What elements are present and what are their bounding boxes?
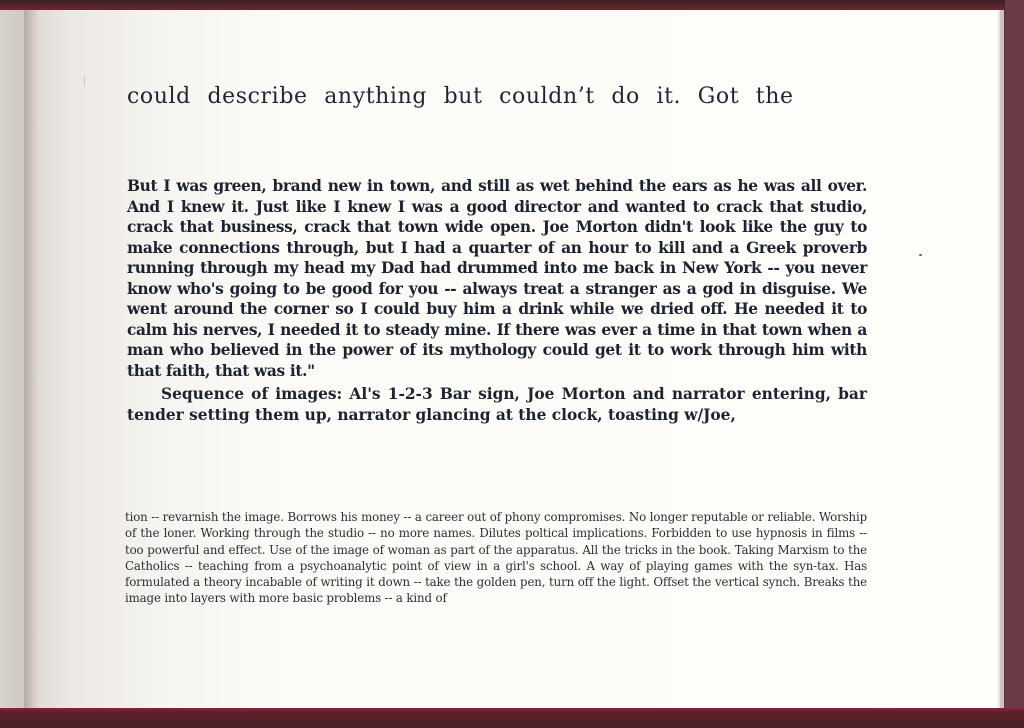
heading-text-line: could describe anything but couldn’t do … bbox=[127, 84, 867, 109]
book-cover-right-edge bbox=[1005, 0, 1024, 728]
facing-page-edge bbox=[0, 10, 26, 708]
margin-mark bbox=[84, 76, 85, 86]
page-gutter-shadow bbox=[26, 10, 38, 708]
book-cover-bottom-edge bbox=[0, 708, 1024, 728]
footnote-text-block: tion -- revarnish the image. Borrows his… bbox=[125, 509, 867, 607]
ink-speck bbox=[919, 254, 922, 256]
main-paragraph: But I was green, brand new in town, and … bbox=[127, 176, 867, 381]
main-text-block: But I was green, brand new in town, and … bbox=[127, 176, 867, 425]
book-cover-top-edge bbox=[0, 0, 1024, 10]
sequence-paragraph: Sequence of images: Al's 1-2-3 Bar sign,… bbox=[127, 384, 867, 425]
footnote-paragraph: tion -- revarnish the image. Borrows his… bbox=[125, 509, 867, 607]
